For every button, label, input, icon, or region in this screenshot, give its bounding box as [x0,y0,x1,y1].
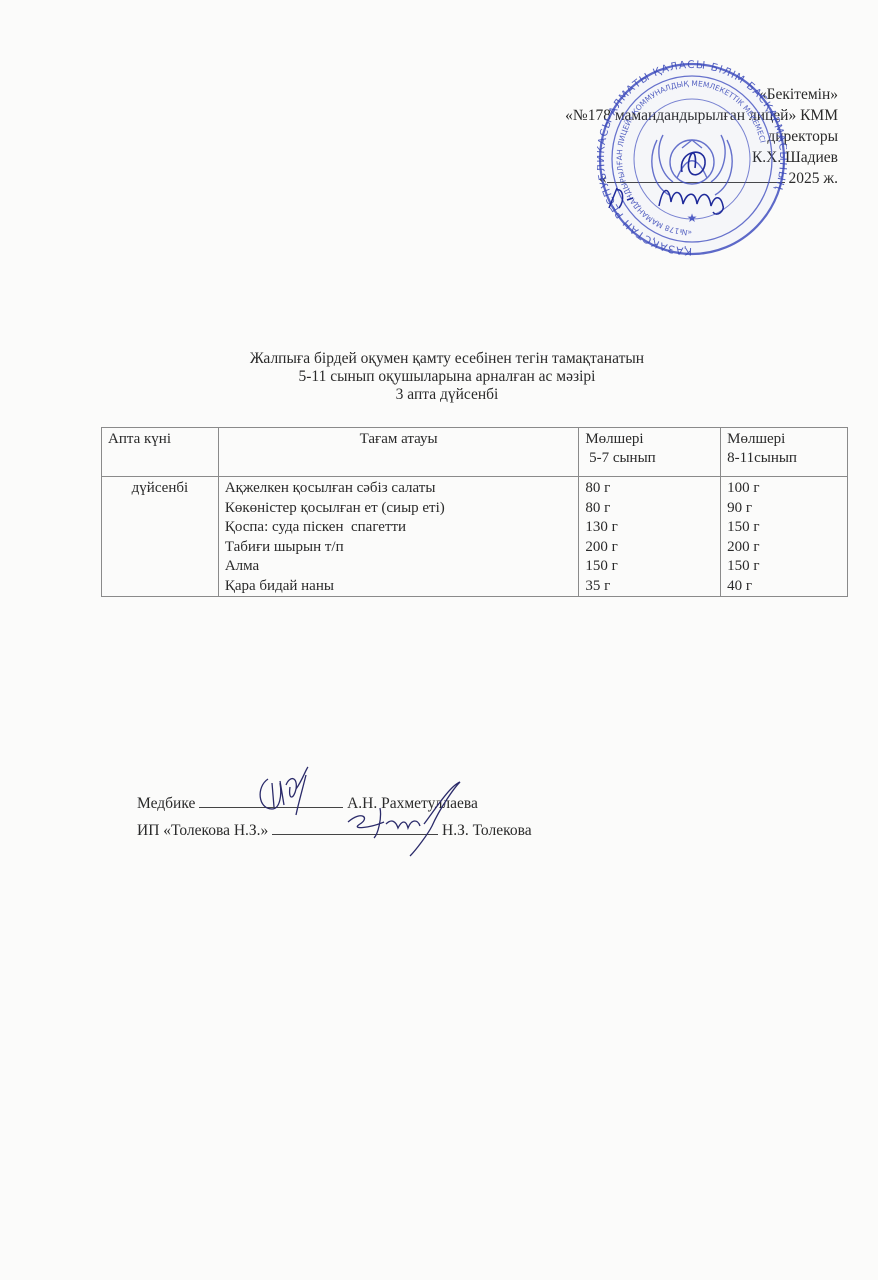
qty-item: 200 г [727,538,841,558]
ip-signature-blank [272,820,438,835]
approval-block: «Бекітемін» «№178 мамандандырылған лицей… [565,84,838,189]
ip-signature-line: ИП «Толекова Н.З.» Н.З. Толекова [137,817,532,844]
approval-title: «Бекітемін» [565,84,838,105]
dish-item: Ақжелкен қосылған сәбіз салаты [225,479,572,499]
nurse-signature-line: Медбике А.Н. Рахметуллаева [137,790,532,817]
day-cell: дүйсенбі [102,477,219,597]
nurse-signature-blank [199,793,343,808]
approval-position: директоры [565,126,838,147]
qty-8-11-list: 100 г 90 г 150 г 200 г 150 г 40 г [721,477,848,597]
dish-item: Алма [225,557,572,577]
qty-item: 130 г [585,518,714,538]
approval-organization: «№178 мамандандырылған лицей» КММ [565,105,838,126]
ip-label: ИП «Толекова Н.З.» [137,822,268,839]
menu-table: Апта күні Тағам атауы Мөлшері 5-7 сынып … [101,427,848,597]
qty-item: 100 г [727,479,841,499]
dish-item: Қоспа: суда піскен спагетти [225,518,572,538]
dish-item: Табиғи шырын т/п [225,538,572,558]
table-row: дүйсенбі Ақжелкен қосылған сәбіз салаты … [102,477,848,597]
qty-item: 80 г [585,479,714,499]
qty-item: 40 г [727,577,841,597]
qty-5-7-list: 80 г 80 г 130 г 200 г 150 г 35 г [579,477,721,597]
svg-text:★: ★ [687,211,698,225]
header-day: Апта күні [102,428,219,477]
header-dish: Тағам атауы [218,428,578,477]
qty-item: 35 г [585,577,714,597]
ip-name: Н.З. Толекова [442,822,532,839]
qty-item: 150 г [585,557,714,577]
header-qty-8-11: Мөлшері 8-11сынып [721,428,848,477]
header-qty-5-7: Мөлшері 5-7 сынып [579,428,721,477]
qty-item: 80 г [585,499,714,519]
title-line-2: 5-11 сынып оқушыларына арналған ас мәзір… [8,368,878,386]
qty-item: 150 г [727,518,841,538]
title-line-3: 3 апта дүйсенбі [8,386,878,404]
qty-item: 150 г [727,557,841,577]
approval-date: « 2025 ж. [565,168,838,189]
nurse-name: А.Н. Рахметуллаева [347,795,478,812]
approval-director-name: К.Х. Шадиев [565,147,838,168]
dish-list: Ақжелкен қосылған сәбіз салаты Көкөністе… [218,477,578,597]
dish-item: Көкөністер қосылған ет (сиыр еті) [225,499,572,519]
title-line-1: Жалпыға бірдей оқумен қамту есебінен тег… [8,350,878,368]
date-blank [607,168,785,183]
nurse-label: Медбике [137,795,195,812]
qty-item: 90 г [727,499,841,519]
qty-item: 200 г [585,538,714,558]
table-header-row: Апта күні Тағам атауы Мөлшері 5-7 сынып … [102,428,848,477]
document-title: Жалпыға бірдей оқумен қамту есебінен тег… [0,350,878,404]
dish-item: Қара бидай наны [225,577,572,597]
signature-block: Медбике А.Н. Рахметуллаева ИП «Толекова … [137,790,532,844]
